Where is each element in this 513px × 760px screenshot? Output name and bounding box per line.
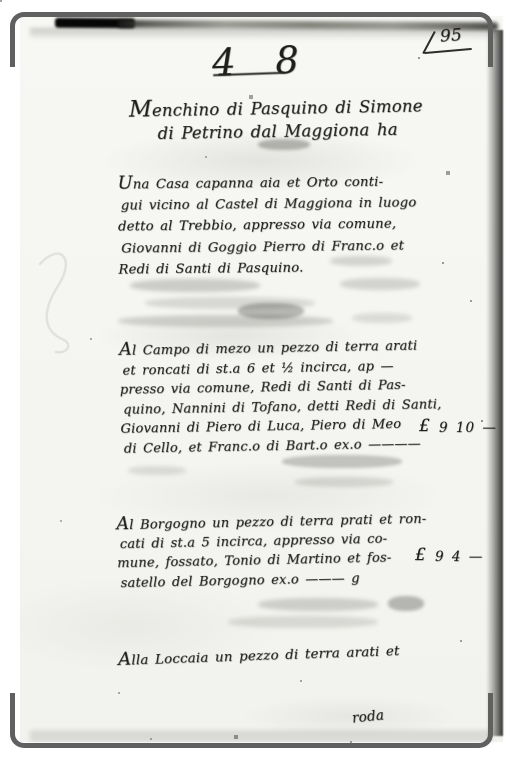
right-scan-shadow <box>486 30 503 736</box>
entry-paragraph-casa: Una Casa capanna aia et Orto conti- gui … <box>117 169 417 280</box>
bleedthrough-smudge <box>130 279 260 292</box>
bleedthrough-smudge <box>238 303 304 319</box>
manuscript-scan-viewer: 95 4 8 Menchino di Pasquino di Simone di… <box>0 0 513 760</box>
entry-paragraph-borgogno: Al Borgogno un pezzo di terra prati et r… <box>116 509 428 593</box>
folio-number: 95 <box>439 25 462 46</box>
bleedthrough-smudge <box>282 455 402 468</box>
entry-number: 4 8 <box>211 38 312 84</box>
amount-campo-di-mezo: £ 9 10 — <box>419 418 497 436</box>
margin-squiggle-mark <box>16 246 88 361</box>
bleedthrough-smudge <box>340 278 420 290</box>
amount-value: 9 4 — <box>435 547 483 565</box>
bottom-scan-shadow <box>30 730 492 742</box>
entry-line: detto al Trebbio, appresso via comune, <box>118 214 417 238</box>
bleedthrough-smudge <box>128 466 186 475</box>
bleedthrough-smudge <box>258 598 378 611</box>
bleedthrough-smudge <box>295 477 393 487</box>
entry-line: gui vicino al Castel di Maggiona in luog… <box>121 193 417 217</box>
bleedthrough-smudge <box>228 616 378 628</box>
entry-line: Redi di Santi di Pasquino. <box>118 256 417 280</box>
amount-borgogno: £ 9 4 — <box>415 547 483 565</box>
lira-symbol: £ <box>415 547 426 564</box>
paper-specks <box>0 0 2 2</box>
owner-heading: Menchino di Pasquino di Simone di Petrin… <box>115 93 438 146</box>
amount-value: 9 10 — <box>439 418 497 436</box>
bleedthrough-smudge <box>388 596 424 611</box>
entry-line: Giovanni di Goggio Pierro di Franc.o et <box>121 235 417 259</box>
entry-paragraph-campo-di-mezo: Al Campo di mezo un pezzo di terra arati… <box>119 335 442 459</box>
bleedthrough-smudge <box>352 313 412 323</box>
bleedthrough-smudge <box>118 315 333 327</box>
lira-symbol: £ <box>419 418 430 435</box>
catchword: roda <box>351 707 385 726</box>
entry-line: Una Casa capanna aia et Orto conti- <box>117 169 416 195</box>
